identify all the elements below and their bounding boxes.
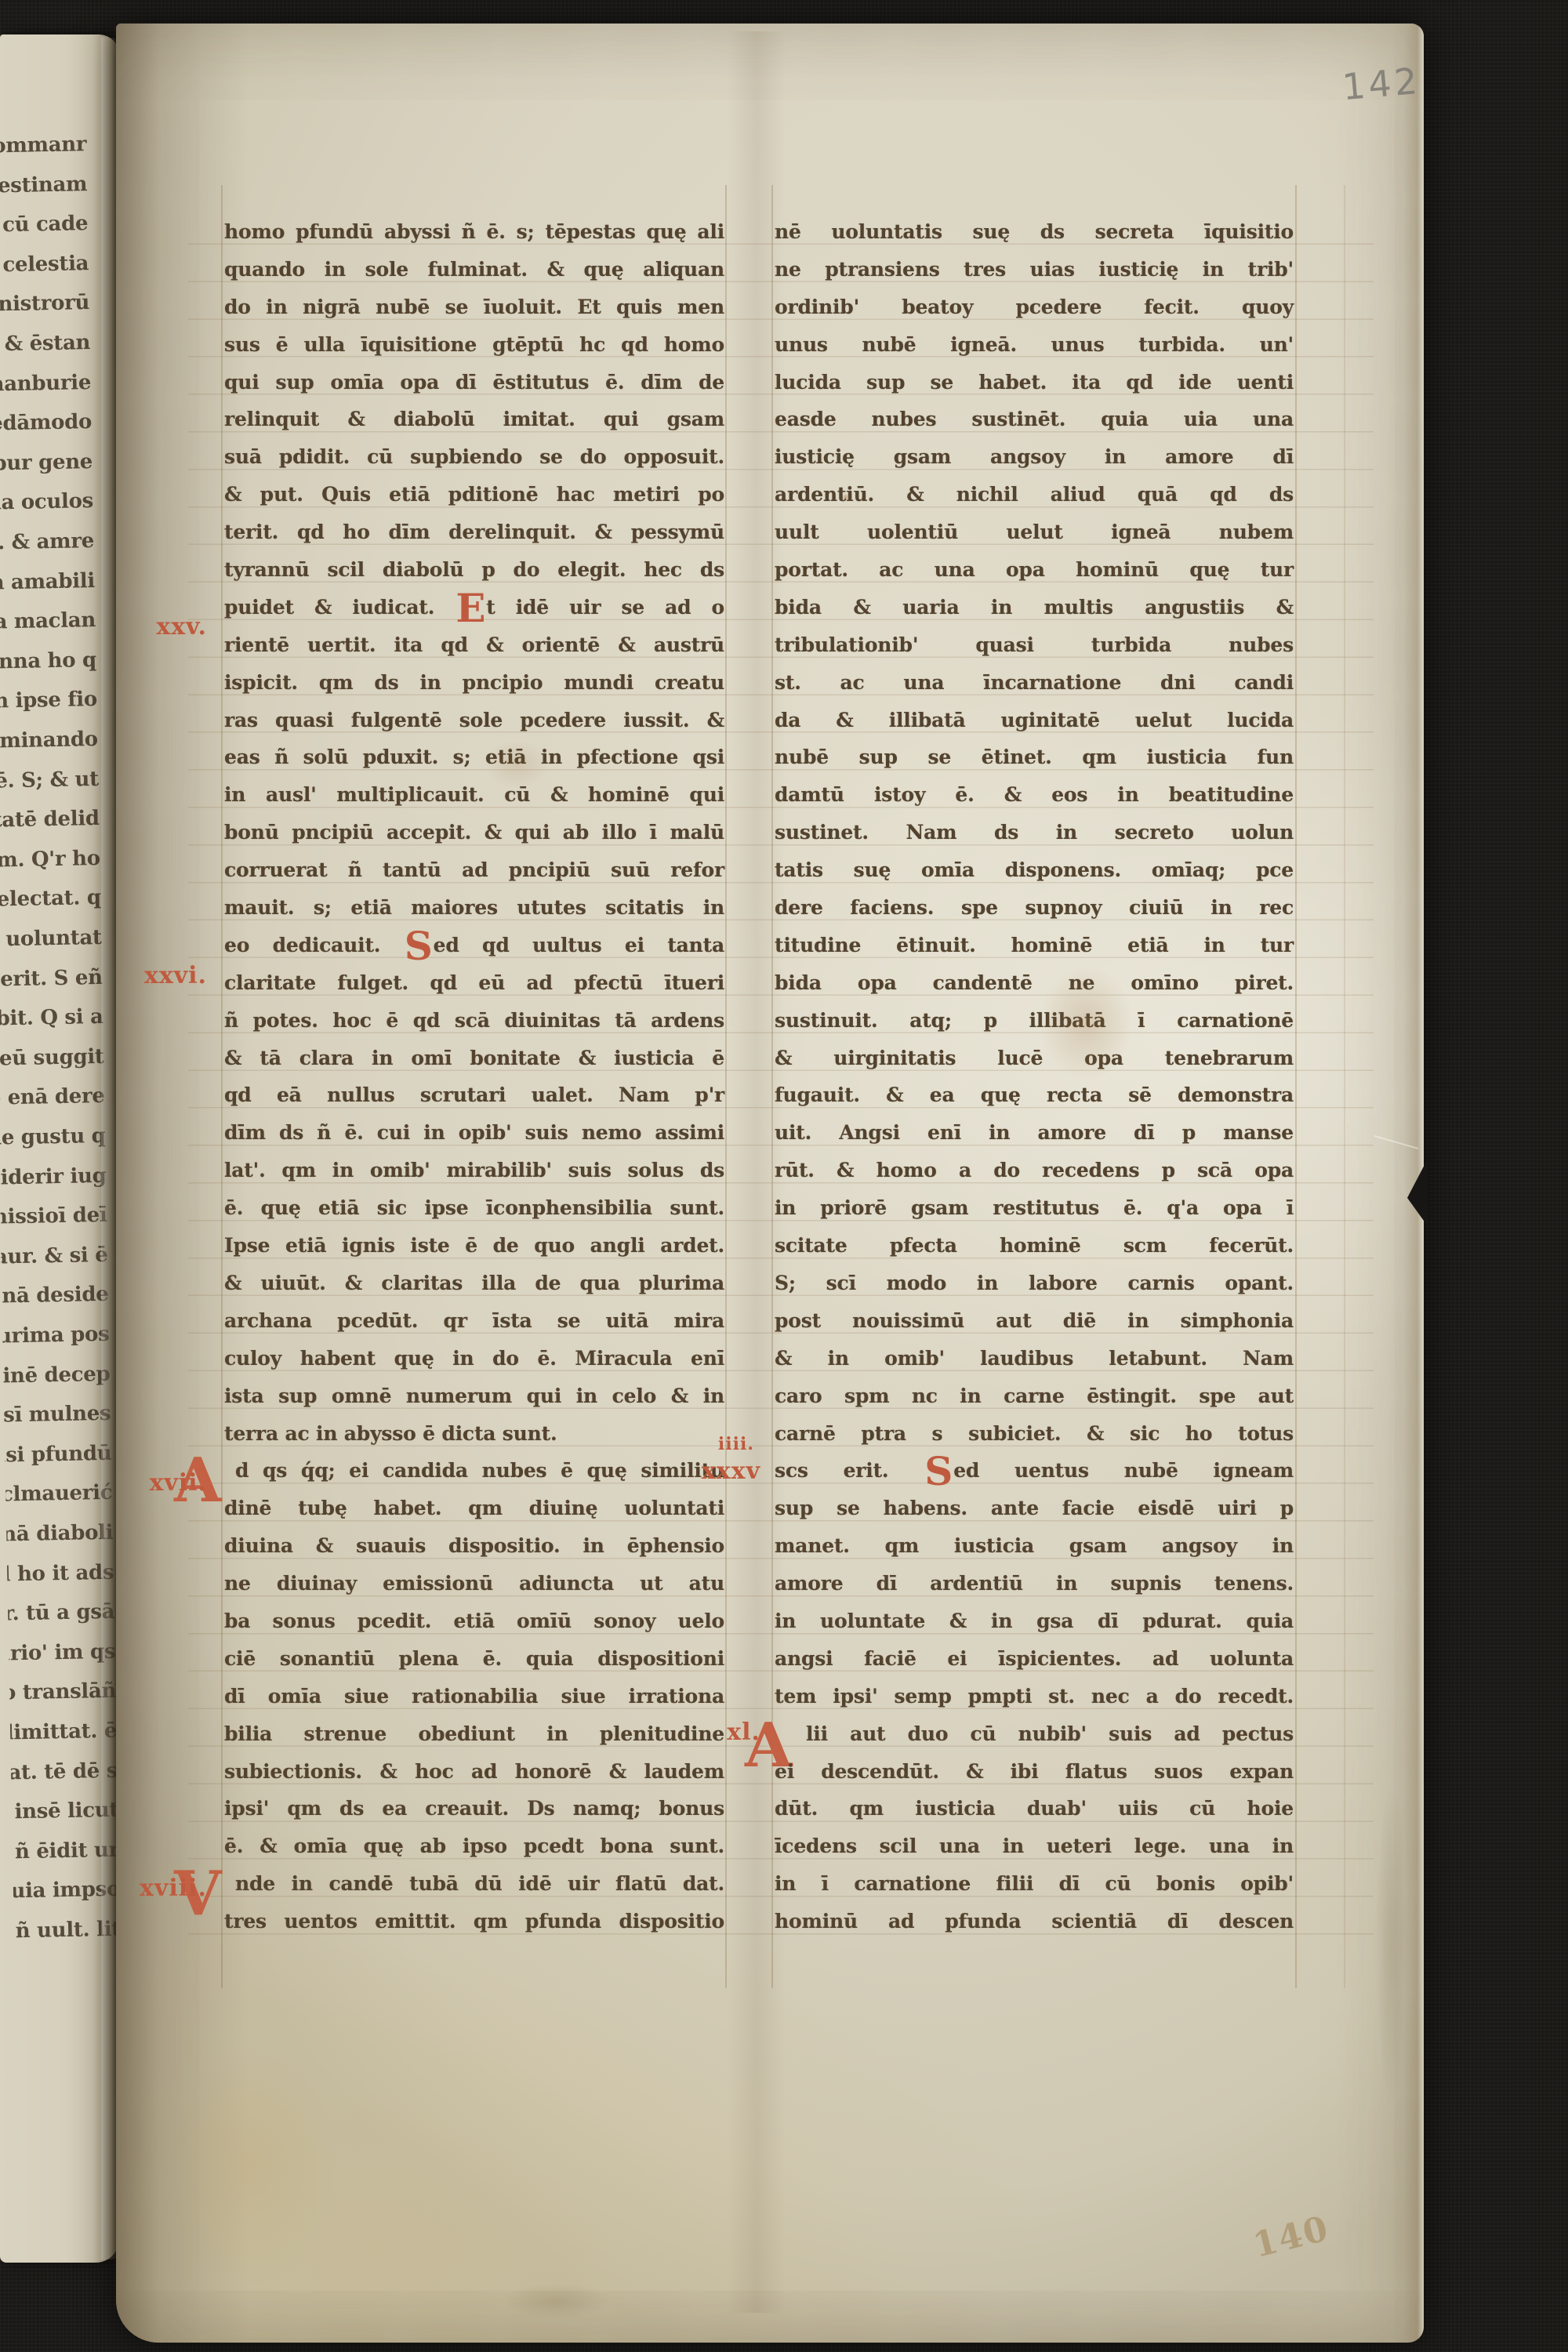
text-line: uit. Angsi enī in amore dī p manse <box>775 1114 1294 1152</box>
text-line: ista sup omnē numerum qui in celo & in <box>224 1377 724 1415</box>
previous-page-text-fragment: bet. Quom. Q'r ho <box>0 848 100 873</box>
previous-page-text-fragment: aliquando translāñ <box>0 1681 116 1705</box>
text-line: claritate fulget. qd eū ad pfectū ītueri <box>224 964 724 1002</box>
previous-page-text-fragment: sapiente ē. S; & ut <box>0 769 99 793</box>
text-line: Alii aut duo cū nubib' suis ad pectus <box>775 1715 1294 1753</box>
previous-page-text-fragment: creature nanburie <box>0 372 91 397</box>
text-line: ne ptransiens tres uias iusticię in trib… <box>775 251 1294 289</box>
text-line: ñ potes. hoc ē qd scā diuinitas tā arden… <box>224 1002 724 1040</box>
line-text: nde in candē tubā dū idē uir flatū dat. <box>235 1872 724 1895</box>
text-line: bilia strenue obediunt in plenitudine <box>224 1715 724 1753</box>
text-line: ē. quę etiā sic ipse īconphensibilia sun… <box>224 1189 724 1227</box>
text-line: scs erit. Sed uentus nubē igneam <box>775 1452 1294 1490</box>
previous-page-text-fragment: his mehl pur gene <box>0 452 93 476</box>
previous-page-text-fragment: io bona dimittat. ē <box>0 1721 117 1745</box>
previous-page-text-fragment: ur. quedāmodo <box>0 412 92 435</box>
previous-page-text-fragment: mā. qm ipse fio <box>0 689 97 713</box>
previous-page-text-fragment: & t'ues. & amre <box>0 531 94 554</box>
text-line: S; scī modo in labore carnis opant. <box>775 1265 1294 1302</box>
text-line: dūt. qm iusticia duab' uiis cū hoie <box>775 1790 1294 1828</box>
text-line: dinē tubę habet. qm diuinę uoluntati <box>224 1490 724 1527</box>
previous-page-text-fragment: q que plurima pos <box>0 1324 110 1348</box>
text-line: do in nigrā nubē se īuoluit. Et quis men <box>224 289 724 326</box>
previous-page-text-fragment: mā quasi pfundū <box>0 1443 112 1468</box>
text-line: ne diuinay emissionū adiuncta ut atu <box>224 1565 724 1602</box>
text-line: & in omib' laudibus letabunt. Nam <box>775 1340 1294 1377</box>
previous-page-text-fragment: na a dommanr <box>0 134 86 158</box>
previous-page-text-fragment: mē creaur. & si ē <box>0 1245 108 1269</box>
previous-page-text-fragment: iplicaturio' im qs <box>0 1642 115 1666</box>
text-line: manet. qm iusticia gsam angsoy in <box>775 1527 1294 1565</box>
text-line: amore dī ardentiū in supnis tenens. <box>775 1565 1294 1602</box>
rubric-capital: S <box>924 1448 953 1494</box>
chapter-number: xl. <box>727 1721 760 1744</box>
text-line: in ī carnatione filii dī cū bonis opib' <box>775 1865 1294 1903</box>
previous-page-text-fragment: da ds omīa maclan <box>0 610 96 634</box>
text-line: ardentiū. & nichil aliud quā qd ds <box>775 476 1294 514</box>
text-line: & uiuūt. & claritas illa de qua plurima <box>224 1265 724 1302</box>
text-line: unus nubē igneā. unus turbida. un' <box>775 326 1294 364</box>
text-line: Ipse etiā ignis iste ē de quo angli arde… <box>224 1227 724 1265</box>
text-line: corruerat ñ tantū ad pncipiū suū refor <box>224 851 724 889</box>
text-line: hominū ad pfunda scientiā dī descen <box>775 1903 1294 1940</box>
text-line: carnē ptra s subiciet. & sic ho totus <box>775 1415 1294 1453</box>
rubric-capital: S <box>405 923 433 969</box>
line-text: d qs q́q; ei candida nubes ē quę similit… <box>235 1459 724 1482</box>
text-line: titudine ētinuit. hominē etiā in tur <box>775 927 1294 964</box>
text-line: tem ipsi' semp pmpti st. nec a do recedt… <box>775 1678 1294 1715</box>
text-line: īcedens scil una in ueteri lege. una in <box>775 1828 1294 1865</box>
text-line: nubē sup se ētinet. qm iusticia fun <box>775 739 1294 776</box>
text-line: ba sonus pcedit. etiā omīū sonoy uelo <box>224 1602 724 1640</box>
text-line: tyrannū scil diabolū p do elegit. hec ds <box>224 551 724 589</box>
previous-page-text-fragment: t. Ipsa eñ celestia <box>0 253 89 278</box>
text-line: archana pcedūt. qr īsta se uitā mira <box>224 1302 724 1340</box>
text-column-right: nē uoluntatis suę ds secreta īquisitione… <box>775 213 1294 1940</box>
chapter-number: xxxv <box>702 1460 760 1483</box>
previous-page-text-fragment: o aduuabit. Q si a <box>0 1007 103 1031</box>
text-line: diuina & suauis dispositio. in ēphensio <box>224 1527 724 1565</box>
text-line: tribulationib' quasi turbida nubes <box>775 626 1294 664</box>
text-line: rientē uertit. ita qd & orientē & austrū <box>224 626 724 664</box>
text-line: post nouissimū aut diē in simphonia <box>775 1302 1294 1340</box>
text-line: relinquit & diabolū imitat. qui gsam <box>224 401 724 438</box>
rubric-capital: E <box>456 585 485 631</box>
previous-page-text-fragment: etiā sapienna ho q <box>0 650 96 674</box>
text-line: lucida sup se habet. ita qd ide uenti <box>775 364 1294 401</box>
text-line: sup se habens. ante facie eisdē uiri p <box>775 1490 1294 1527</box>
previous-page-text-fragment: i seruicio & ēstan <box>0 332 90 357</box>
text-line: ciē sonantiū plena ē. quia dispositioni <box>224 1640 724 1678</box>
previous-page-text-fragment: mea in amabili <box>0 571 95 594</box>
text-line: bonū pncipiū accepit. & qui ab illo ī ma… <box>224 814 724 851</box>
text-line: in uoluntate & in gsa dī pdurat. quia <box>775 1602 1294 1640</box>
text-line: terit. qd ho dīm derelinquit. & pessymū <box>224 514 724 551</box>
text-line: fugauit. & ea quę recta sē demonstra <box>775 1076 1294 1114</box>
text-line: ei descendūt. & ibi flatus suos expan <box>775 1753 1294 1791</box>
text-line: angsi faciē ei īspicientes. ad uolunta <box>775 1640 1294 1678</box>
text-line: sus ē ulla īquisitione gtēptū hc qd homo <box>224 326 724 364</box>
previous-page-text-fragment: lerit. ille eū suggit <box>0 1047 104 1071</box>
text-line: da & illibatā uginitatē uelut lucida <box>775 702 1294 739</box>
previous-page-text-fragment: que uerti cū cade <box>0 213 88 238</box>
previous-page-text-fragment: ī pmitur. tū a gsā <box>0 1602 114 1626</box>
previous-page-text-fragment: uiū & de gustu q <box>0 1126 106 1150</box>
text-line: Vnde in candē tubā dū idē uir flatū dat. <box>224 1865 724 1903</box>
chapter-number: iiii. <box>718 1436 754 1453</box>
ruling-vertical <box>1295 185 1297 1988</box>
previous-page-text-fragment: n tramlat. tē dē s <box>0 1760 118 1784</box>
previous-page-text-fragment: sapienna oculos <box>0 491 93 514</box>
text-line: qui sup omīa opa dī ēstitutus ē. dīm de <box>224 364 724 401</box>
previous-page-text-fragment: r secim uoluntat <box>0 927 102 952</box>
ruling-vertical <box>1344 185 1345 1988</box>
text-line: ispicit. qm ds in pncipio mundi creatu <box>224 664 724 702</box>
text-line: in priorē gsam restitutus ē. q'a opa ī <box>775 1189 1294 1227</box>
text-line: uult uolentiū uelut igneā nubem <box>775 514 1294 551</box>
previous-page-text-fragment: t' sedm qd ho it ads <box>0 1562 114 1586</box>
text-line: lat'. qm in omib' mirabilib' suis solus … <box>224 1152 724 1189</box>
text-line: sustinuit. atq; p illibatā ī carnationē <box>775 1002 1294 1040</box>
text-line: subiectionis. & hoc ad honorē & laudem <box>224 1753 724 1791</box>
previous-page-text-fragment: cest. sic enā deside <box>0 1284 109 1308</box>
text-line: & tā clara in omī bonitate & iusticia ē <box>224 1040 724 1077</box>
text-line: bida opa candentē ne omīno piret. <box>775 964 1294 1002</box>
previous-page-text-fragment: ui ministrorū <box>0 292 89 316</box>
text-line: bida & uaria in multis angustiis & <box>775 589 1294 626</box>
manuscript-photo: na a dommanromīa pdestinamque uerti cū c… <box>0 0 1568 2352</box>
text-line: dī omīa siue rationabilia siue irrationa <box>224 1678 724 1715</box>
chapter-number: xviii. <box>140 1877 207 1900</box>
text-line: mauit. s; etiā maiores ututes scitatis i… <box>224 889 724 927</box>
previous-page-text-fragment: dū delectat. q <box>0 887 101 911</box>
line-text: lii aut duo cū nubib' suis ad pectus <box>806 1722 1294 1745</box>
text-line: homo pfundū abyssi ñ ē. s; tēpestas quę … <box>224 213 724 251</box>
chapter-number: xxvi. <box>144 964 207 988</box>
folio-number-pencil: 142 <box>1341 60 1422 108</box>
text-line: rūt. & homo a do recedens p scā opa <box>775 1152 1294 1189</box>
text-line: tres uentos emittit. qm pfunda dispositi… <box>224 1903 724 1940</box>
previous-page-text-fragment: erio declmauerić <box>0 1483 113 1507</box>
previous-page-text-fragment: hū aderit. S eñ <box>0 967 103 990</box>
previous-page-text-fragment: me sua ipsī mulnes <box>0 1403 111 1428</box>
text-line: dere faciens. spe supnoy ciuiū in rec <box>775 889 1294 927</box>
previous-page-text-fragment: t. Homo enā dere <box>0 1086 105 1110</box>
text-line: eas ñ solū pduxit. s; etiā in pfectione … <box>224 739 724 776</box>
text-line: portat. ac una opa hominū quę tur <box>775 551 1294 589</box>
previous-page-text-fragment: pmī hominē decep <box>0 1363 111 1388</box>
text-line: terra ac in abysso ē dicta sunt. <box>224 1415 724 1453</box>
text-line: sustinet. Nam ds in secreto uolun <box>775 814 1294 851</box>
text-line: suā pdidit. cū supbiendo se do opposuit. <box>224 438 724 476</box>
text-line: ipsi' qm ds ea creauit. Ds namq; bonus <box>224 1790 724 1828</box>
previous-page-text-fragment: etūq; desiderir iug <box>0 1165 107 1189</box>
text-line: & uirginitatis lucē opa tenebrarum <box>775 1040 1294 1077</box>
text-line: in ausl' multiplicauit. cū & hominē qui <box>224 776 724 814</box>
previous-page-text-fragment: ua s; pmissioī deī <box>0 1205 107 1229</box>
chapter-number: xvii. <box>149 1472 207 1495</box>
text-line: damtū istoy ē. & eos in beatitudine <box>775 776 1294 814</box>
text-line: scitate pfecta hominē scm fecerūt. <box>775 1227 1294 1265</box>
text-line: nē uoluntatis suę ds secreta īquisitio <box>775 213 1294 251</box>
text-line: dīm ds ñ ē. cui in opib' suis nemo assim… <box>224 1114 724 1152</box>
ruling-vertical <box>221 185 223 1988</box>
text-line: ordinib' beatoy pcedere fecit. quoy <box>775 289 1294 326</box>
text-line: Ad qs q́q; ei candida nubes ē quę simili… <box>224 1452 724 1490</box>
text-line: st. ac una īncarnatione dni candi <box>775 664 1294 702</box>
text-line: ē. & omīa quę ab ipso pcedt bona sunt. <box>224 1828 724 1865</box>
previous-page-text-fragment: omīa pdestinam <box>0 174 87 198</box>
text-line: qd eā nullus scrutari ualet. Nam p'r <box>224 1076 724 1114</box>
previous-page-text-fragment: quia tē enā diaboli <box>0 1523 113 1547</box>
text-line: easde nubes sustinēt. quia uia una <box>775 401 1294 438</box>
text-line: puidet & iudicat. Et idē uir se ad o <box>224 589 724 626</box>
previous-page-text-fragment: ciā dominando <box>0 729 98 753</box>
text-line: & put. Quis etiā pditionē hac metiri po <box>224 476 724 514</box>
text-line: iusticię gsam angsoy in amore dī <box>775 438 1294 476</box>
text-column-left: homo pfundū abyssi ñ ē. s; tēpestas quę … <box>224 213 724 1940</box>
text-line: quando in sole fulminat. & quę aliquan <box>224 251 724 289</box>
chapter-number: xxv. <box>156 615 207 639</box>
text-line: ras quasi fulgentē sole pcedere iussit. … <box>224 702 724 739</box>
previous-page-text-fragment: a possibilitatē delid <box>0 808 100 833</box>
text-line: culoy habent quę in do ē. Miracula enī <box>224 1340 724 1377</box>
text-line: caro spm nc in carne ēstingit. spe aut <box>775 1377 1294 1415</box>
text-line: eo dedicauit. Sed qd uultus ei tanta <box>224 927 724 964</box>
text-line: tatis suę omīa disponens. omīaq; pce <box>775 851 1294 889</box>
ruling-vertical <box>725 185 727 1988</box>
